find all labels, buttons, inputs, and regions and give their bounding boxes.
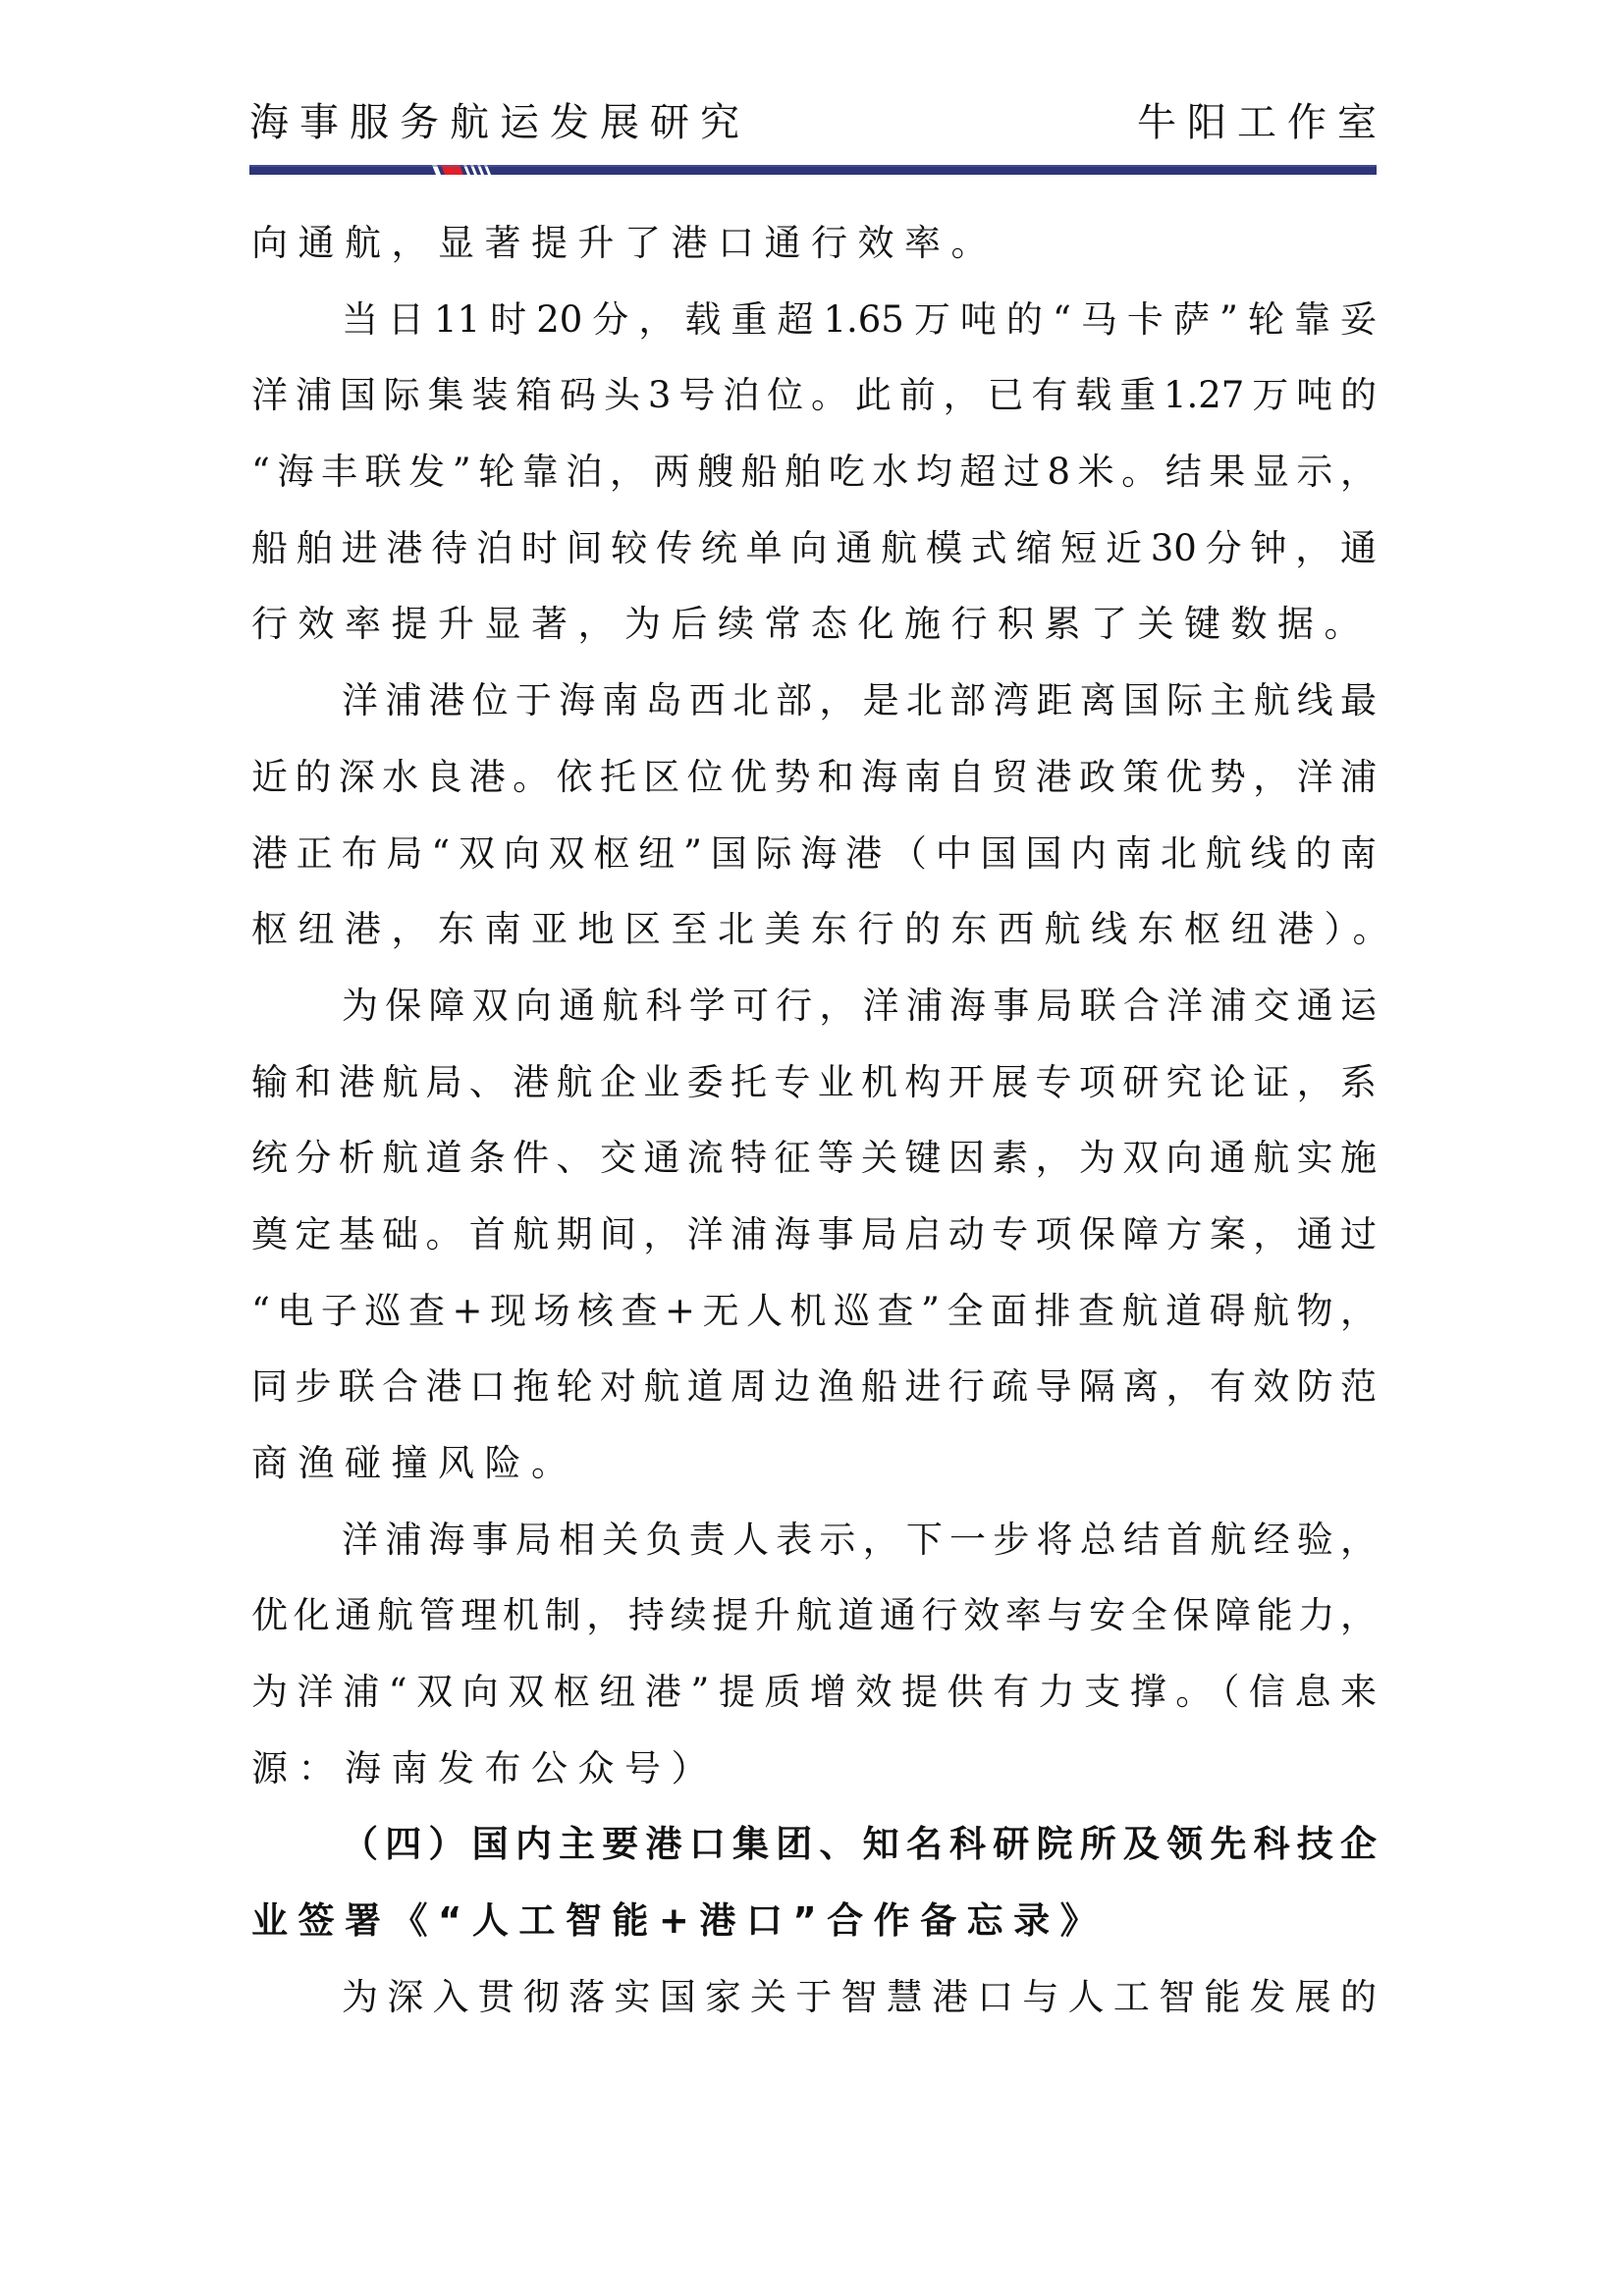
paragraph-line: 源：海南发布公众号） [251, 1740, 1377, 1817]
paragraph-line: 洋浦海事局相关负责人表示，下一步将总结首航经验， [251, 1512, 1377, 1588]
header-rule [249, 165, 1377, 175]
paragraph-line: 优化通航管理机制，持续提升航道通行效率与安全保障能力， [251, 1587, 1377, 1664]
paragraph-line: 输和港航局、港航企业委托专业机构开展专项研究论证，系 [251, 1054, 1377, 1131]
paragraph-line: 向通航，显著提升了港口通行效率。 [251, 215, 1377, 292]
paragraph-line: “电子巡查+现场核查+无人机巡查”全面排查航道碍航物， [251, 1283, 1377, 1360]
section-heading-line: 业签署《“人工智能+港口”合作备忘录》 [251, 1893, 1377, 1969]
paragraph-line: 当日11时20分，载重超1.65万吨的“马卡萨”轮靠妥 [251, 292, 1377, 368]
paragraph-line: 行效率提升显著，为后续常态化施行积累了关键数据。 [251, 596, 1377, 672]
paragraph-line: 为洋浦“双向双枢纽港”提质增效提供有力支撑。（信息来 [251, 1664, 1377, 1740]
paragraph-line: 为深入贯彻落实国家关于智慧港口与人工智能发展的 [251, 1969, 1377, 2046]
section-heading-line: （四）国内主要港口集团、知名科研院所及领先科技企 [251, 1816, 1377, 1893]
header-studio-name: 牛阳工作室 [1137, 98, 1387, 147]
paragraph-line: 近的深水良港。依托区位优势和海南自贸港政策优势，洋浦 [251, 749, 1377, 826]
paragraph-line: 洋浦国际集装箱码头3号泊位。此前，已有载重1.27万吨的 [251, 367, 1377, 444]
header-rule-stripe-icon [249, 165, 1377, 175]
article-body: 向通航，显著提升了港口通行效率。当日11时20分，载重超1.65万吨的“马卡萨”… [251, 215, 1377, 2046]
paragraph-line: 船舶进港待泊时间较传统单向通航模式缩短近30分钟，通 [251, 520, 1377, 597]
paragraph-line: “海丰联发”轮靠泊，两艘船舶吃水均超过8米。结果显示， [251, 444, 1377, 520]
paragraph-line: 为保障双向通航科学可行，洋浦海事局联合洋浦交通运 [251, 978, 1377, 1054]
paragraph-line: 同步联合港口拖轮对航道周边渔船进行疏导隔离，有效防范 [251, 1359, 1377, 1435]
header-title: 海事服务航运发展研究 [249, 98, 750, 147]
document-page: 海事服务航运发展研究 牛阳工作室 向通航，显著提升了港口通行效率。当日11时20… [0, 0, 1624, 2296]
paragraph-line: 枢纽港，东南亚地区至北美东行的东西航线东枢纽港）。 [251, 901, 1377, 978]
page-header: 海事服务航运发展研究 牛阳工作室 [249, 98, 1377, 147]
paragraph-line: 统分析航道条件、交通流特征等关键因素，为双向通航实施 [251, 1130, 1377, 1206]
paragraph-line: 洋浦港位于海南岛西北部，是北部湾距离国际主航线最 [251, 672, 1377, 749]
paragraph-line: 奠定基础。首航期间，洋浦海事局启动专项保障方案，通过 [251, 1206, 1377, 1283]
paragraph-line: 港正布局“双向双枢纽”国际海港（中国国内南北航线的南 [251, 826, 1377, 902]
paragraph-line: 商渔碰撞风险。 [251, 1435, 1377, 1512]
